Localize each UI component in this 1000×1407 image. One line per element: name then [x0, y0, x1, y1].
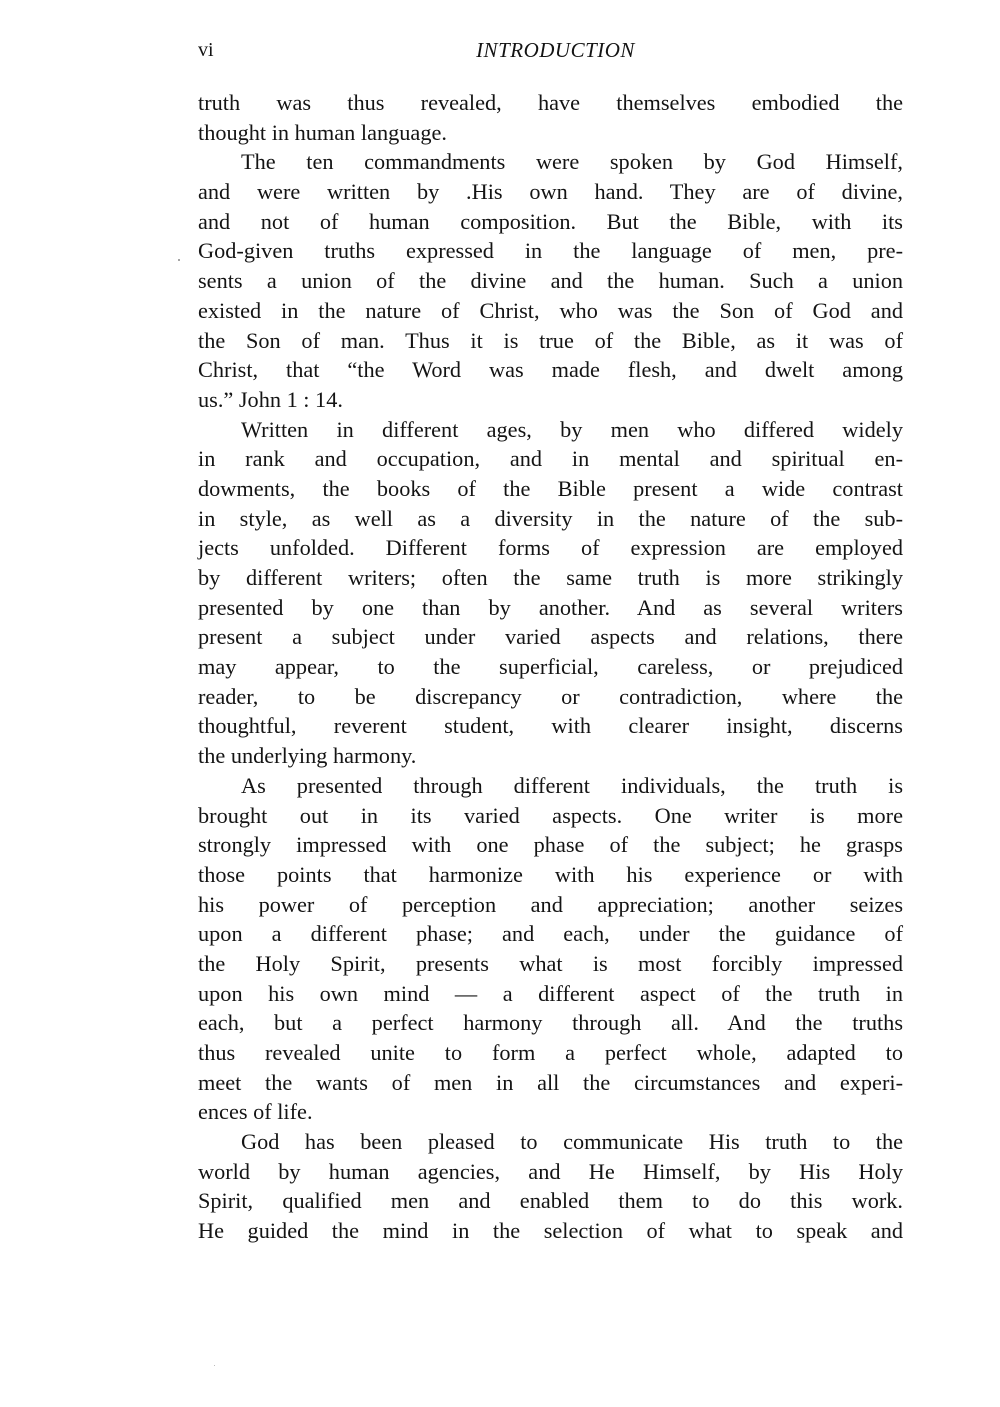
- text-line: Christ, that “the Word was made flesh, a…: [198, 355, 903, 385]
- text-line: sents a union of the divine and the huma…: [198, 266, 903, 296]
- text-line: thoughtful, reverent student, with clear…: [198, 711, 903, 741]
- text-line: God-given truths expressed in the langua…: [198, 236, 903, 266]
- text-line: the underlying harmony.: [198, 741, 903, 771]
- text-line: jects unfolded. Different forms of expre…: [198, 533, 903, 563]
- text-line: thus revealed unite to form a perfect wh…: [198, 1038, 903, 1068]
- scan-speck: [214, 1365, 215, 1366]
- paragraph: As presented through different individua…: [198, 771, 903, 1127]
- text-line: truth was thus revealed, have themselves…: [198, 88, 903, 118]
- paragraph: Written in different ages, by men who di…: [198, 415, 903, 771]
- text-line: and not of human composition. But the Bi…: [198, 207, 903, 237]
- book-page: vi INTRODUCTION truth was thus revealed,…: [198, 36, 903, 1246]
- paragraph: The ten commandments were spoken by God …: [198, 147, 903, 414]
- text-line: his power of perception and appreciation…: [198, 890, 903, 920]
- text-line: He guided the mind in the selection of w…: [198, 1216, 903, 1246]
- text-line: the Holy Spirit, presents what is most f…: [198, 949, 903, 979]
- text-line: may appear, to the superficial, careless…: [198, 652, 903, 682]
- paragraph: God has been pleased to communicate His …: [198, 1127, 903, 1246]
- text-line: As presented through different individua…: [198, 771, 903, 801]
- text-line: The ten commandments were spoken by God …: [198, 147, 903, 177]
- text-line: those points that harmonize with his exp…: [198, 860, 903, 890]
- text-line: upon his own mind — a different aspect o…: [198, 979, 903, 1009]
- paragraph: truth was thus revealed, have themselves…: [198, 88, 903, 147]
- text-line: in rank and occupation, and in mental an…: [198, 444, 903, 474]
- text-line: brought out in its varied aspects. One w…: [198, 801, 903, 831]
- body-text: truth was thus revealed, have themselves…: [198, 88, 903, 1246]
- text-line: by different writers; often the same tru…: [198, 563, 903, 593]
- text-line: each, but a perfect harmony through all.…: [198, 1008, 903, 1038]
- text-line: present a subject under varied aspects a…: [198, 622, 903, 652]
- text-line: God has been pleased to communicate His …: [198, 1127, 903, 1157]
- scan-speck: [178, 259, 180, 261]
- text-line: and were written by .His own hand. They …: [198, 177, 903, 207]
- text-line: thought in human language.: [198, 118, 903, 148]
- text-line: dowments, the books of the Bible present…: [198, 474, 903, 504]
- text-line: ences of life.: [198, 1097, 903, 1127]
- text-line: existed in the nature of Christ, who was…: [198, 296, 903, 326]
- text-line: the Son of man. Thus it is true of the B…: [198, 326, 903, 356]
- text-line: meet the wants of men in all the circums…: [198, 1068, 903, 1098]
- text-line: Spirit, qualified men and enabled them t…: [198, 1186, 903, 1216]
- text-line: reader, to be discrepancy or contradicti…: [198, 682, 903, 712]
- chapter-title: INTRODUCTION: [198, 36, 903, 64]
- text-line: us.” John 1 : 14.: [198, 385, 903, 415]
- running-head: vi INTRODUCTION: [198, 36, 903, 64]
- text-line: upon a different phase; and each, under …: [198, 919, 903, 949]
- text-line: Written in different ages, by men who di…: [198, 415, 903, 445]
- text-line: in style, as well as a diversity in the …: [198, 504, 903, 534]
- text-line: world by human agencies, and He Himself,…: [198, 1157, 903, 1187]
- text-line: presented by one than by another. And as…: [198, 593, 903, 623]
- text-line: strongly impressed with one phase of the…: [198, 830, 903, 860]
